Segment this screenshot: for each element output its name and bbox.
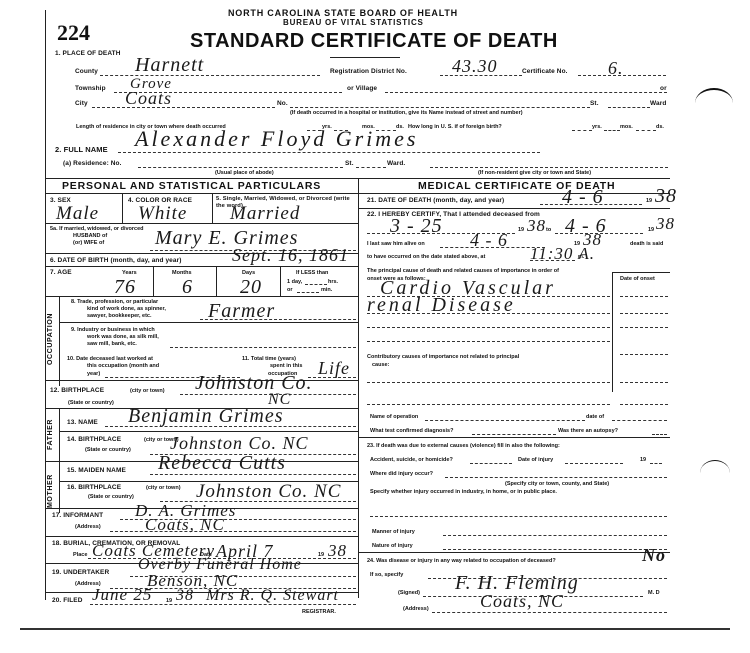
middle-divider (358, 178, 359, 598)
total-time-label-2: spent in this (270, 363, 302, 369)
onset-top (612, 272, 670, 273)
cause-label-1: The principal cause of death and related… (367, 268, 559, 274)
residence-label: (a) Residence: No. (63, 160, 122, 167)
trade-label-1: 8. Trade, profession, or particular (71, 299, 158, 305)
father-name-value: Benjamin Grimes (128, 405, 284, 428)
mother-side-label: MOTHER (47, 466, 54, 508)
residence-ward-label: Ward. (387, 160, 405, 167)
city-line (92, 107, 275, 108)
row-rule-8 (59, 322, 358, 323)
foreign-yrs-label: yrs. (592, 124, 602, 130)
mother-state-note: (State or country) (88, 494, 134, 500)
informant-address-label: (Address) (75, 524, 101, 530)
document-title: STANDARD CERTIFICATE OF DEATH (190, 30, 558, 53)
row-rule-23 (358, 552, 670, 553)
physician-address-line (432, 612, 667, 613)
undertaker-label: 19. UNDERTAKER (52, 569, 109, 576)
bottom-rule (20, 628, 730, 630)
row-rule-22 (358, 437, 670, 438)
birthplace-city-value: Johnston Co. (195, 372, 313, 395)
nonresident-note: (If non-resident give city or town and S… (478, 170, 591, 176)
injury-year-line (650, 463, 662, 464)
mother-side-divider (59, 461, 60, 513)
father-birthplace-value: Johnston Co. NC (170, 433, 309, 454)
dob-label: 6. DATE OF BIRTH (month, day, and year) (50, 257, 182, 264)
spouse-label-3: (or) WIFE of (73, 240, 104, 246)
md-label: M. D (648, 590, 660, 596)
st-label: St. (590, 100, 599, 107)
county-value: Harnett (135, 54, 204, 77)
accident-label: Accident, suicide, or homicide? (370, 457, 453, 463)
or-label: or (660, 85, 667, 92)
residence-st-label: St. (345, 160, 354, 167)
ward-label: Ward (650, 100, 666, 107)
operation-line (425, 420, 585, 421)
binder-mark-top (695, 88, 733, 118)
industry-label-3: saw mill, bank, etc. (87, 341, 137, 347)
occurred-label: to have occurred on the date stated abov… (367, 254, 485, 260)
date-of-death-label: 21. DATE OF DEATH (month, day, and year) (367, 197, 504, 204)
industry-line (170, 347, 356, 348)
mother-birthplace-value: Johnston Co. NC (196, 481, 341, 503)
hospital-note: (If death occurred in a hospital or inst… (290, 110, 523, 116)
father-state-note: (State or country) (85, 447, 131, 453)
father-side-label: FATHER (47, 416, 54, 450)
where-note: (Specify city or town, county, and State… (505, 481, 609, 487)
trade-value: Farmer (208, 300, 275, 323)
attended-from-value: 3 - 25 (390, 215, 443, 238)
from-year-value: 38 (527, 216, 546, 236)
last-worked-label-2: this occupation (month and (87, 363, 159, 369)
registrar-label: REGISTRAR. (302, 609, 336, 615)
dod-year-prefix: 19 (646, 198, 652, 204)
hrs-label: hrs. (328, 279, 338, 285)
last-worked-label-3: year) (87, 371, 100, 377)
trade-label-3: sawyer, bookkeeper, etc. (87, 313, 152, 319)
mother-city-note: (city or town) (146, 485, 181, 491)
registrar-signature: Mrs R. Q. Stewart (206, 587, 339, 605)
external-label: 23. If death was due to external causes … (367, 443, 560, 449)
left-border (45, 10, 46, 600)
city-label: City (75, 100, 88, 107)
foreign-mos-line (604, 130, 620, 131)
autopsy-label: Was there an autopsy? (558, 428, 618, 434)
death-said-label: death is said (630, 241, 663, 247)
autopsy-line (652, 434, 667, 435)
cause-rule-4 (367, 341, 610, 342)
trade-label-2: kind of work done, as spinner, (87, 306, 166, 312)
age-label: 7. AGE (50, 269, 72, 276)
injury-date-label: Date of injury (518, 457, 553, 463)
row-rule-21 (358, 208, 670, 209)
accident-line (470, 463, 512, 464)
onset-rule-4 (620, 354, 668, 355)
manner-label: Manner of injury (372, 529, 415, 535)
informant-address-value: Coats, NC (145, 515, 225, 535)
physician-address-value: Coats, NC (480, 591, 564, 612)
full-name-line (118, 152, 540, 153)
cause-rule-3 (367, 327, 610, 328)
cause-rule-2 (367, 313, 610, 314)
spouse-label-2: HUSBAND of (73, 233, 107, 239)
place-of-death-label: 1. PLACE OF DEATH (55, 50, 121, 57)
city-value: Coats (125, 88, 172, 109)
title-underline (330, 57, 400, 58)
sex-divider (122, 193, 123, 223)
township-label: Township (75, 85, 106, 92)
color-value: White (138, 203, 187, 225)
from-year-prefix: 19 (518, 227, 524, 233)
to-year-value: 38 (656, 214, 675, 234)
county-label: County (75, 68, 98, 75)
age-divider-2 (216, 266, 217, 296)
certificate-number: 224 (57, 20, 90, 46)
last-worked-label-1: 10. Date deceased last worked at (67, 356, 153, 362)
birthplace-state-note: (State or country) (68, 400, 114, 406)
registration-district-value: 43.30 (452, 56, 498, 77)
occupation-related-value: No (642, 545, 666, 566)
binder-mark-bottom (700, 460, 730, 486)
ward-line (608, 107, 650, 108)
certificate-no-value: 6. (608, 58, 624, 79)
maiden-name-label: 15. MAIDEN NAME (67, 467, 126, 474)
personal-rule (45, 193, 358, 194)
foreign-ds-line (636, 130, 656, 131)
street-line (290, 107, 590, 108)
where-line (445, 477, 667, 478)
operation-date-label: date of (586, 414, 604, 420)
street-no-label: No. (277, 100, 288, 107)
residence-nonres-line (430, 167, 668, 168)
birthplace-label: 12. BIRTHPLACE (50, 387, 104, 394)
father-birthplace-label: 14. BIRTHPLACE (67, 436, 121, 443)
spouse-label-1: 5a. If married, widowed, or divorced (50, 226, 144, 232)
occupation-related-label: 24. Was disease or injury in any way rel… (367, 558, 556, 564)
onset-divider (612, 272, 613, 392)
last-saw-value: 4 - 6 (470, 230, 508, 251)
where-label: Where did injury occur? (370, 471, 433, 477)
industry-label-2: work was done, as silk mill, (87, 334, 159, 340)
or-min-label: or (287, 287, 293, 293)
foreign-birth-label: How long in U. S. if of foreign birth? (408, 124, 502, 130)
dod-year-value: 38 (655, 185, 677, 208)
to-year-prefix: 19 (648, 227, 654, 233)
injury-year-prefix: 19 (640, 457, 646, 463)
maiden-name-value: Rebecca Cutts (158, 452, 286, 475)
row-rule-17 (45, 536, 358, 537)
certificate-no-label: Certificate No. (522, 68, 568, 75)
bureau-name: BUREAU OF VITAL STATISTICS (283, 18, 424, 27)
burial-year-value: 38 (328, 541, 347, 561)
onset-rule-2 (620, 313, 668, 314)
village-line (385, 92, 667, 93)
occupation-side-label: OCCUPATION (47, 305, 54, 365)
total-time-value: Life (318, 358, 350, 379)
less-label-2: 1 day, (287, 279, 302, 285)
residence-no-line (138, 167, 343, 168)
row-rule-3 (45, 223, 358, 224)
color-divider (212, 193, 213, 223)
medical-rule (358, 193, 670, 194)
row-rule-6 (45, 266, 358, 267)
nature-line (443, 549, 667, 550)
burial-year-prefix: 19 (318, 552, 324, 558)
informant-label: 17. INFORMANT (52, 512, 103, 519)
manner-line (443, 535, 667, 536)
contributory-rule-2 (367, 404, 610, 405)
filed-label: 20. FILED (52, 597, 83, 604)
specify-label: Specify whether injury occurred in indus… (370, 489, 557, 495)
injury-date-line (565, 463, 623, 464)
contributory-label-2: cause: (372, 362, 389, 368)
residence-st-line (356, 167, 386, 168)
if-so-label: If so, specify (370, 572, 403, 578)
onset-header: Date of onset (620, 276, 655, 282)
age-divider-3 (280, 266, 281, 296)
filed-date-value: June 25 (92, 585, 152, 605)
onset-rule-5 (620, 382, 668, 383)
operation-date-line (612, 420, 667, 421)
occupation-side-divider (59, 296, 60, 386)
last-saw-label: I last saw him alive on (367, 241, 425, 247)
row-rule-13 (59, 431, 358, 432)
burial-place-label: Place (73, 552, 87, 558)
onset-rule-1 (620, 296, 668, 297)
onset-rule-3 (620, 327, 668, 328)
board-name: NORTH CAROLINA STATE BOARD OF HEALTH (228, 8, 458, 18)
full-name-label: 2. FULL NAME (55, 145, 108, 154)
father-side-divider (59, 408, 60, 464)
signed-label: (Signed) (398, 590, 420, 596)
birthplace-city-note: (city or town) (130, 388, 165, 394)
to-label: to (546, 227, 551, 233)
full-name-value: Alexander Floyd Grimes (135, 126, 419, 152)
filed-year-prefix: 19 (166, 598, 172, 604)
industry-label-1: 9. Industry or business in which (71, 327, 155, 333)
diagnosis-line (472, 434, 556, 435)
date-of-death-value: 4 - 6 (562, 186, 604, 209)
dob-value: Sept. 16, 1861 (232, 245, 349, 266)
father-name-label: 13. NAME (67, 419, 98, 426)
specify-line (370, 516, 667, 517)
personal-section-title: PERSONAL AND STATISTICAL PARTICULARS (62, 180, 321, 192)
min-label: min. (321, 287, 332, 293)
diagnosis-label: What test confirmed diagnosis? (370, 428, 453, 434)
filed-year-value: 38 (176, 587, 194, 605)
hrs-line (305, 284, 327, 285)
contributory-label-1: Contributory causes of importance not re… (367, 354, 519, 360)
nature-label: Nature of injury (372, 543, 413, 549)
time-value: 11:30 A. (530, 244, 595, 264)
time-suffix: m. (578, 254, 584, 260)
abode-note: (Usual place of abode) (215, 170, 274, 176)
sex-value: Male (56, 203, 99, 225)
marital-value: Married (230, 203, 300, 225)
min-line (297, 292, 319, 293)
foreign-ds-label: ds. (656, 124, 664, 130)
onset-rule-6 (620, 404, 668, 405)
mother-birthplace-label: 16. BIRTHPLACE (67, 484, 121, 491)
village-label: or Village (347, 85, 377, 92)
contributory-rule-1 (367, 382, 610, 383)
age-divider-1 (153, 266, 154, 296)
total-time-label-1: 11. Total time (years) (242, 356, 296, 362)
foreign-mos-label: mos. (620, 124, 633, 130)
registration-district-label: Registration District No. (330, 68, 407, 75)
physician-address-label: (Address) (403, 606, 429, 612)
row-rule-7 (45, 296, 358, 297)
operation-label: Name of operation (370, 414, 418, 420)
foreign-yrs-line (572, 130, 592, 131)
less-label-1: If LESS than (296, 270, 328, 276)
